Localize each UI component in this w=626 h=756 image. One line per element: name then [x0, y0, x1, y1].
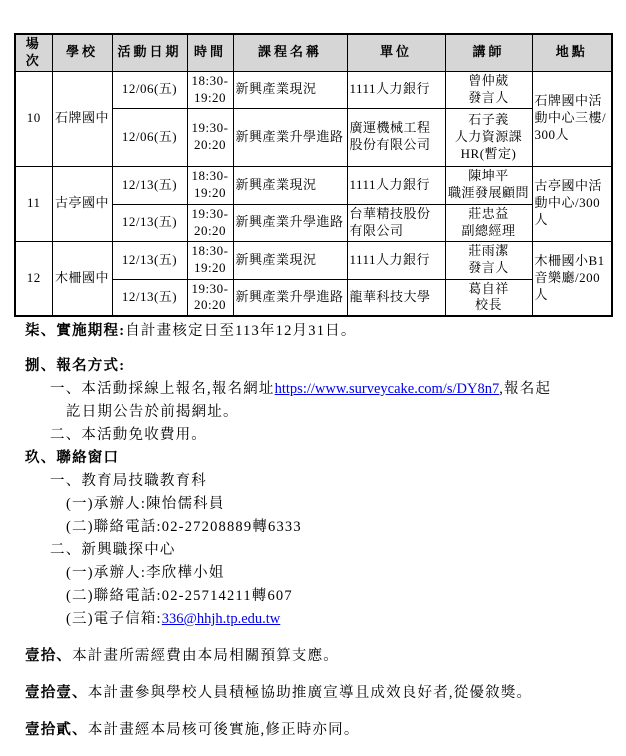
location-cell: 石牌國中活動中心三樓/300人 — [532, 71, 612, 166]
unit-cell: 1111人力銀行 — [347, 71, 445, 108]
lecturer-cell: 曾仲葳 發言人 — [445, 71, 532, 108]
course-cell: 新興產業現況 — [233, 166, 347, 204]
unit-cell: 廣運機械工程股份有限公司 — [347, 108, 445, 166]
course-cell: 新興產業升學進路 — [233, 108, 347, 166]
section-8-item-2: 二、本活動免收費用。 — [50, 424, 626, 447]
school-cell: 石牌國中 — [52, 71, 112, 166]
table-row: 10 石牌國中 12/06(五) 18:30- 19:20 新興產業現況 111… — [15, 71, 612, 108]
date-cell: 12/13(五) — [112, 241, 187, 279]
lecturer-cell: 陳坤平 職涯發展顧問 — [445, 166, 532, 204]
section-9-heading: 玖、聯絡窗口 — [25, 447, 626, 470]
course-cell: 新興產業現況 — [233, 71, 347, 108]
section-8-item-1: 一、本活動採線上報名,報名網址https://www.surveycake.co… — [50, 378, 626, 401]
unit-cell: 1111人力銀行 — [347, 241, 445, 279]
section-8-item-1-cont: 訖日期公告於前揭網址。 — [66, 401, 626, 424]
section-10-heading: 壹拾、 — [25, 648, 72, 664]
col-header-time: 時間 — [187, 34, 233, 71]
section-9-item-2: 二、新興職探中心 — [50, 539, 626, 562]
time-cell: 19:30- 20:20 — [187, 108, 233, 166]
location-cell: 古亭國中活動中心/300人 — [532, 166, 612, 241]
section-9-item-1-sub-2: (二)聯絡電話:02-27208889轉6333 — [66, 516, 626, 539]
date-cell: 12/06(五) — [112, 108, 187, 166]
body-text: 柒、實施期程:自計畫核定日至113年12月31日。 捌、報名方式: 一、本活動採… — [0, 308, 626, 742]
table-header-row: 場次 學校 活動日期 時間 課程名稱 單位 講師 地點 — [15, 34, 612, 71]
email-link[interactable]: 336@hhjh.tp.edu.tw — [162, 611, 280, 627]
course-cell: 新興產業現況 — [233, 241, 347, 279]
section-10: 壹拾、本計畫所需經費由本局相關預算支應。 — [25, 645, 626, 668]
section-11-text: 本計畫參與學校人員積極協助推廣宣導且成效良好者,從優敘獎。 — [88, 685, 532, 701]
lecturer-cell: 石子義 人力資源課 HR(暫定) — [445, 108, 532, 166]
col-header-unit: 單位 — [347, 34, 445, 71]
section-10-text: 本計畫所需經費由本局相關預算支應。 — [72, 648, 339, 664]
signup-url-link[interactable]: https://www.surveycake.com/s/DY8n7 — [275, 381, 500, 397]
section-9-item-1-sub-1: (一)承辦人:陳怡儒科員 — [66, 493, 626, 516]
section-7: 柒、實施期程:自計畫核定日至113年12月31日。 — [25, 320, 626, 343]
section-9-item-2-sub-2: (二)聯絡電話:02-25714211轉607 — [66, 585, 626, 608]
time-cell: 18:30- 19:20 — [187, 166, 233, 204]
col-header-location: 地點 — [532, 34, 612, 71]
time-cell: 19:30- 20:20 — [187, 204, 233, 241]
unit-cell: 1111人力銀行 — [347, 166, 445, 204]
document-page: 場次 學校 活動日期 時間 課程名稱 單位 講師 地點 10 石牌國中 12/0… — [0, 0, 626, 756]
session-cell: 12 — [15, 241, 52, 316]
col-header-school: 學校 — [52, 34, 112, 71]
section-11-heading: 壹拾壹、 — [25, 685, 88, 701]
col-header-date: 活動日期 — [112, 34, 187, 71]
unit-cell: 台華精技股份有限公司 — [347, 204, 445, 241]
school-cell: 木柵國中 — [52, 241, 112, 316]
col-header-lecturer: 講師 — [445, 34, 532, 71]
date-cell: 12/06(五) — [112, 71, 187, 108]
section-12: 壹拾貳、本計畫經本局核可後實施,修正時亦同。 — [25, 719, 626, 742]
table-row: 11 古亭國中 12/13(五) 18:30- 19:20 新興產業現況 111… — [15, 166, 612, 204]
col-header-session: 場次 — [15, 34, 52, 71]
section-9-item-1: 一、教育局技職教育科 — [50, 470, 626, 493]
section-11: 壹拾壹、本計畫參與學校人員積極協助推廣宣導且成效良好者,從優敘獎。 — [25, 682, 626, 705]
section-7-heading: 柒、實施期程: — [25, 323, 125, 339]
col-header-course: 課程名稱 — [233, 34, 347, 71]
section-9-item-2-sub-1: (一)承辦人:李欣樺小姐 — [66, 562, 626, 585]
section-12-text: 本計畫經本局核可後實施,修正時亦同。 — [88, 722, 360, 738]
session-cell: 10 — [15, 71, 52, 166]
time-cell: 18:30- 19:20 — [187, 71, 233, 108]
table-row: 12 木柵國中 12/13(五) 18:30- 19:20 新興產業現況 111… — [15, 241, 612, 279]
location-cell: 木柵國小B1音樂廳/200人 — [532, 241, 612, 316]
lecturer-cell: 莊忠益 副總經理 — [445, 204, 532, 241]
section-7-text: 自計畫核定日至113年12月31日。 — [125, 323, 356, 339]
schedule-table: 場次 學校 活動日期 時間 課程名稱 單位 講師 地點 10 石牌國中 12/0… — [14, 33, 613, 317]
session-cell: 11 — [15, 166, 52, 241]
section-12-heading: 壹拾貳、 — [25, 722, 88, 738]
school-cell: 古亭國中 — [52, 166, 112, 241]
date-cell: 12/13(五) — [112, 166, 187, 204]
lecturer-cell: 莊雨潔 發言人 — [445, 241, 532, 279]
date-cell: 12/13(五) — [112, 204, 187, 241]
course-cell: 新興產業升學進路 — [233, 204, 347, 241]
section-9-item-2-sub-3: (三)電子信箱:336@hhjh.tp.edu.tw — [66, 608, 626, 631]
time-cell: 18:30- 19:20 — [187, 241, 233, 279]
section-8-heading: 捌、報名方式: — [25, 355, 626, 378]
